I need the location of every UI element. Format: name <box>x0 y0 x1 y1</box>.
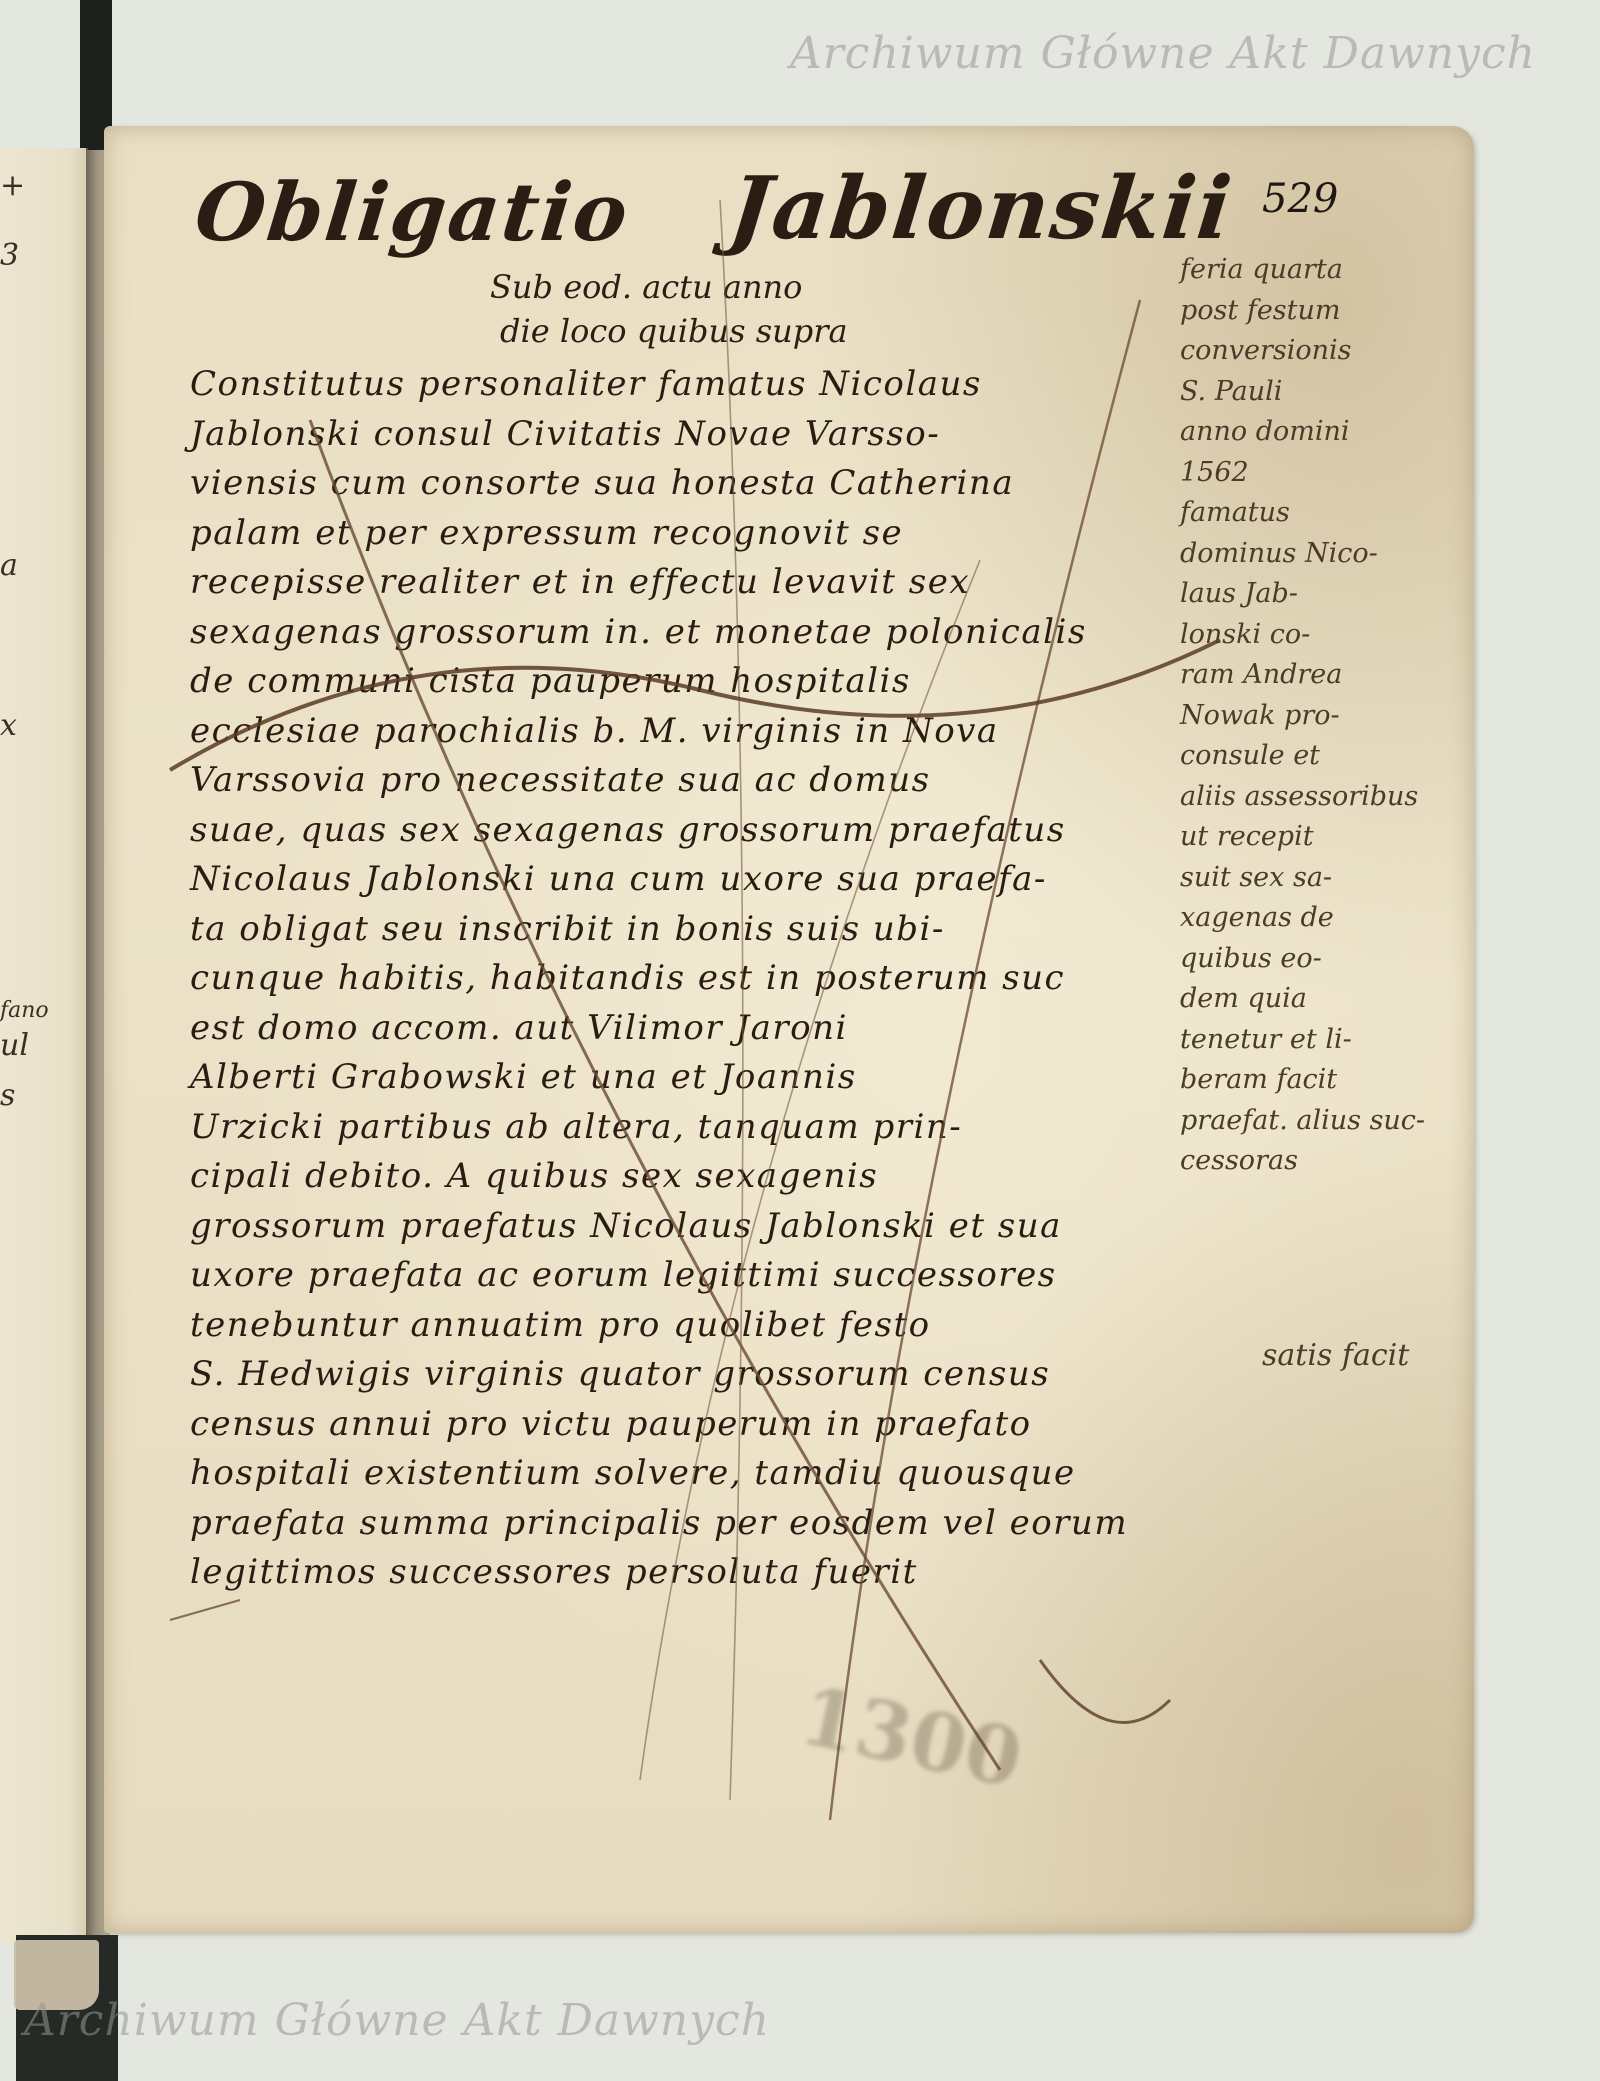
left-page-fragment: 3 <box>0 238 19 273</box>
margin-note-line: consule et <box>1180 736 1470 777</box>
margin-note-line: S. Pauli <box>1180 372 1470 413</box>
margin-note-line: ram Andrea <box>1180 655 1470 696</box>
body-line: sexagenas grossorum in. et monetae polon… <box>190 608 1230 658</box>
folio-number: 529 <box>1262 176 1338 222</box>
body-line: suae, quas sex sexagenas grossorum praef… <box>190 806 1230 856</box>
body-line: legittimos successores persoluta fuerit <box>190 1548 1230 1598</box>
margin-note-line: dem quia <box>1180 979 1470 1020</box>
body-line: Nicolaus Jablonski una cum uxore sua pra… <box>190 855 1230 905</box>
margin-note-line: quibus eo- <box>1180 939 1470 980</box>
body-line: palam et per expressum recognovit se <box>190 509 1230 559</box>
body-line: cipali debito. A quibus sex sexagenis <box>190 1152 1230 1202</box>
body-line: Jablonski consul Civitatis Novae Varsso- <box>190 410 1230 460</box>
body-line: cunque habitis, habitandis est in poster… <box>190 954 1230 1004</box>
body-line: Varssovia pro necessitate sua ac domus <box>190 756 1230 806</box>
body-line: census annui pro victu pauperum in praef… <box>190 1400 1230 1450</box>
body-line: recepisse realiter et in effectu levavit… <box>190 558 1230 608</box>
subheading-line-1: Sub eod. actu anno <box>490 268 802 306</box>
margin-note-line: anno domini <box>1180 412 1470 453</box>
body-line: Constitutus personaliter famatus Nicolau… <box>190 360 1230 410</box>
document-body: Constitutus personaliter famatus Nicolau… <box>190 360 1230 1598</box>
margin-note-line: suit sex sa- <box>1180 858 1470 899</box>
body-line: ta obligat seu inscribit in bonis suis u… <box>190 905 1230 955</box>
body-line: Urzicki partibus ab altera, tanquam prin… <box>190 1103 1230 1153</box>
body-line: S. Hedwigis virginis quator grossorum ce… <box>190 1350 1230 1400</box>
margin-note-line: beram facit <box>1180 1060 1470 1101</box>
body-line: uxore praefata ac eorum legittimi succes… <box>190 1251 1230 1301</box>
body-line: tenebuntur annuatim pro quolibet festo <box>190 1301 1230 1351</box>
body-line: viensis cum consorte sua honesta Catheri… <box>190 459 1230 509</box>
left-page-fragment: x <box>0 708 17 743</box>
marginal-notes: feria quarta post festum conversionis S.… <box>1180 250 1470 1182</box>
body-line: grossorum praefatus Nicolaus Jablonski e… <box>190 1202 1230 1252</box>
left-page-fragment: a <box>0 548 18 583</box>
margin-note-line: dominus Nico- <box>1180 534 1470 575</box>
margin-note-line: cessoras <box>1180 1141 1470 1182</box>
body-line: praefata summa principalis per eosdem ve… <box>190 1499 1230 1549</box>
body-line: hospitali existentium solvere, tamdiu qu… <box>190 1449 1230 1499</box>
margin-note-line: laus Jab- <box>1180 574 1470 615</box>
heading-jablonskii: Jablonskii <box>725 158 1238 259</box>
left-page-fragment: + <box>0 168 25 203</box>
margin-note-line: post festum <box>1180 291 1470 332</box>
left-page-fragment: ul <box>0 1028 29 1063</box>
margin-note-line: praefat. alius suc- <box>1180 1101 1470 1142</box>
body-line: ecclesiae parochialis b. M. virginis in … <box>190 707 1230 757</box>
left-page-fragment: fano <box>0 998 49 1023</box>
archive-watermark-top: Archiwum Główne Akt Dawnych <box>790 28 1536 79</box>
margin-note-line: famatus <box>1180 493 1470 534</box>
margin-note-line: lonski co- <box>1180 615 1470 656</box>
body-line: de communi cista pauperum hospitalis <box>190 657 1230 707</box>
body-line: Alberti Grabowski et una et Joannis <box>190 1053 1230 1103</box>
margin-note-line: conversionis <box>1180 331 1470 372</box>
margin-note-line: xagenas de <box>1180 898 1470 939</box>
left-page-fragment: s <box>0 1078 15 1113</box>
margin-note-line: aliis assessoribus <box>1180 777 1470 818</box>
subheading-line-2: die loco quibus supra <box>500 312 848 350</box>
satis-facit-note: satis facit <box>1262 1338 1409 1373</box>
margin-note-line: feria quarta <box>1180 250 1470 291</box>
body-line: est domo accom. aut Vilimor Jaroni <box>190 1004 1230 1054</box>
margin-note-line: tenetur et li- <box>1180 1020 1470 1061</box>
margin-note-line: ut recepit <box>1180 817 1470 858</box>
margin-note-line: Nowak pro- <box>1180 696 1470 737</box>
margin-note-line: 1562 <box>1180 453 1470 494</box>
left-page-edge: + 3 a x fano ul s <box>0 148 88 1943</box>
archive-watermark-bottom: Archiwum Główne Akt Dawnych <box>24 1995 770 2046</box>
heading-obligatio: Obligatio <box>191 165 634 259</box>
